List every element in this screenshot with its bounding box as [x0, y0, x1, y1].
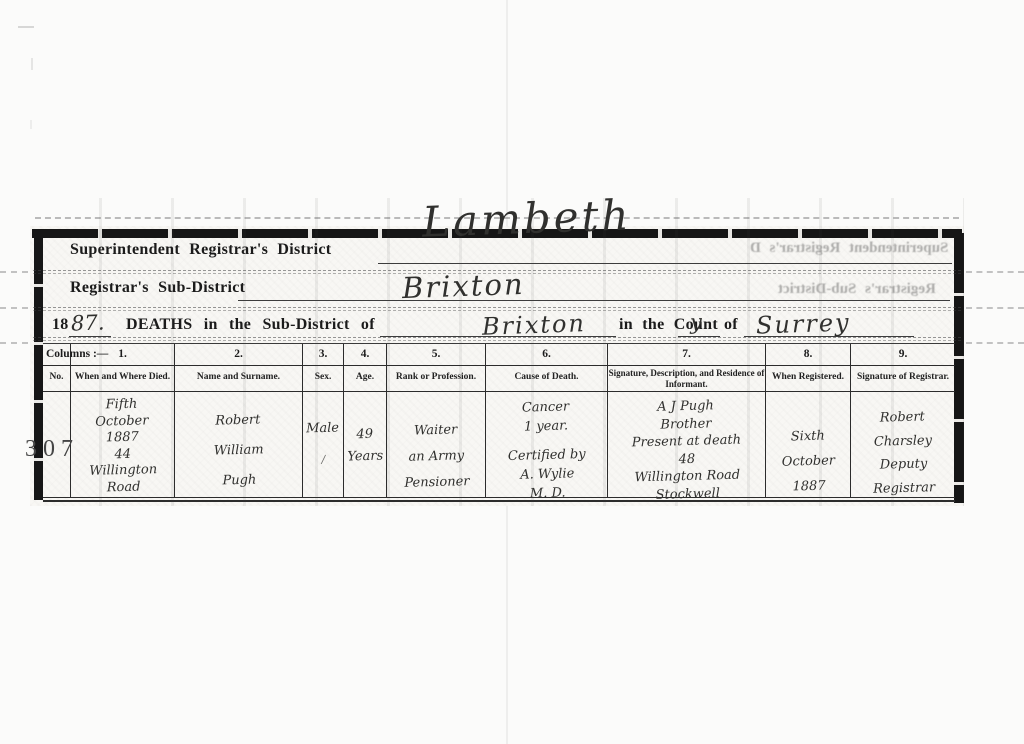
entry-line: an Army — [408, 443, 464, 470]
entry-line: Charsley — [874, 429, 933, 454]
entry-line: 1887 — [106, 430, 140, 447]
column-number: 8. — [766, 344, 851, 365]
sub-district-label: Registrar's Sub-District — [70, 279, 245, 297]
entry-line: Waiter — [414, 417, 458, 444]
column-number: 2. — [175, 344, 303, 365]
entry-line: Deputy — [880, 452, 928, 477]
cell-name-surname: Robert William Pugh — [175, 392, 303, 497]
entry-line: A J Pugh — [657, 397, 714, 416]
header-when-where-died: When and Where Died. — [71, 366, 175, 391]
bleedthrough-text: Registrar's Sub-District — [778, 281, 936, 298]
pen-tick-mark: / — [321, 451, 325, 468]
county-label: in the Count — [619, 316, 718, 334]
column-number: 7. — [608, 344, 766, 365]
scan-speck — [31, 58, 33, 70]
entry-line: Years — [347, 446, 383, 469]
entry-line: Certified by — [508, 445, 586, 466]
ruled-line-stub — [0, 342, 28, 344]
entry-line: Robert — [879, 405, 925, 430]
of-label: of — [724, 316, 738, 334]
dashed-separator — [33, 337, 961, 341]
header-no: No. — [43, 366, 71, 391]
ruled-line-stub — [966, 271, 1024, 273]
register-entry-row: Fifth October 1887 44 Willington Road Ro… — [43, 392, 955, 498]
entry-line: 48 — [678, 450, 695, 468]
ruled-line-stub — [966, 342, 1024, 344]
scan-speck — [30, 120, 32, 129]
entry-line: Registrar — [873, 476, 936, 501]
columns-label: Columns :— — [43, 344, 71, 365]
header-age: Age. — [344, 366, 387, 391]
entry-line: 49 — [356, 424, 373, 446]
bleedthrough-text: Superintendent Registrar's D — [750, 240, 948, 257]
entry-line: A. Wylie — [520, 464, 575, 484]
cell-cause-of-death: Cancer 1 year. Certified by A. Wylie M. … — [486, 392, 608, 497]
header-registrar-signature: Signature of Registrar. — [851, 366, 955, 391]
header-when-registered: When Registered. — [766, 366, 851, 391]
district-handwritten-value: Lambeth — [421, 190, 632, 246]
column-number: 1. — [71, 344, 175, 365]
column-number: 5. — [387, 344, 486, 365]
year-handwritten: 87. — [71, 310, 105, 335]
sub-district-handwritten-value: Brixton — [401, 267, 525, 305]
entry-line: October — [95, 413, 149, 431]
entry-line: Willington Road — [634, 467, 740, 487]
entry-line: Fifth — [105, 397, 137, 414]
county-handwritten-value: Surrey — [756, 308, 852, 339]
county-y-handwritten: y — [690, 310, 703, 334]
entry-line: Pugh — [222, 466, 257, 497]
entry-number: 307 — [25, 436, 79, 463]
entry-line: 1887 — [792, 474, 826, 500]
column-number: 9. — [851, 344, 955, 365]
table-bottom-rule — [43, 500, 955, 502]
entry-line: Brother — [660, 415, 712, 434]
entry-line: 1 year. — [524, 416, 569, 436]
entry-line: 44 — [114, 446, 131, 463]
column-headers-row: No. When and Where Died. Name and Surnam… — [43, 366, 955, 392]
register-table: Columns :— 1. 2. 3. 4. 5. 6. 7. 8. 9. No… — [43, 343, 955, 498]
entry-line: Present at death — [632, 432, 742, 452]
entry-line: Cancer — [522, 397, 570, 417]
entry-line: Sixth — [790, 424, 825, 450]
cell-age: 49 Years — [344, 392, 387, 497]
entry-line: Willington — [89, 462, 157, 480]
cell-registrar-signature: Robert Charsley Deputy Registrar — [851, 392, 955, 497]
deaths-title: DEATHS in the Sub-District of — [126, 316, 375, 334]
cell-when-registered: Sixth October 1887 — [766, 392, 851, 497]
column-number: 6. — [486, 344, 608, 365]
header-rank-profession: Rank or Profession. — [387, 366, 486, 391]
fill-in-line — [238, 300, 950, 301]
fill-in-line — [378, 263, 952, 264]
year-prefix: 18 — [52, 316, 69, 334]
ruled-line-stub — [966, 307, 1024, 309]
column-number: 4. — [344, 344, 387, 365]
death-certificate: Superintendent Registrar's District Lamb… — [30, 226, 964, 506]
ruled-line-stub — [0, 307, 28, 309]
cell-rank-profession: Waiter an Army Pensioner — [387, 392, 486, 497]
cell-sex: Male / — [303, 392, 344, 497]
entry-line: Robert — [215, 405, 261, 436]
header-sex: Sex. — [303, 366, 344, 391]
cell-when-where-died: Fifth October 1887 44 Willington Road — [71, 392, 175, 497]
entry-line: October — [782, 448, 836, 474]
header-informant: Signature, Description, and Residence of… — [608, 366, 766, 391]
entry-line: Male — [306, 421, 339, 438]
entry-line: William — [213, 435, 264, 466]
superintendent-district-label: Superintendent Registrar's District — [70, 241, 331, 259]
entry-line: Pensioner — [404, 469, 470, 497]
ruled-line-stub — [0, 271, 28, 273]
column-number: 3. — [303, 344, 344, 365]
header-cause-of-death: Cause of Death. — [486, 366, 608, 391]
cell-informant: A J Pugh Brother Present at death 48 Wil… — [608, 392, 766, 497]
column-numbers-row: Columns :— 1. 2. 3. 4. 5. 6. 7. 8. 9. — [43, 344, 955, 366]
scan-speck — [18, 26, 34, 28]
header-name-surname: Name and Surname. — [175, 366, 303, 391]
entry-line: Road — [107, 479, 141, 496]
